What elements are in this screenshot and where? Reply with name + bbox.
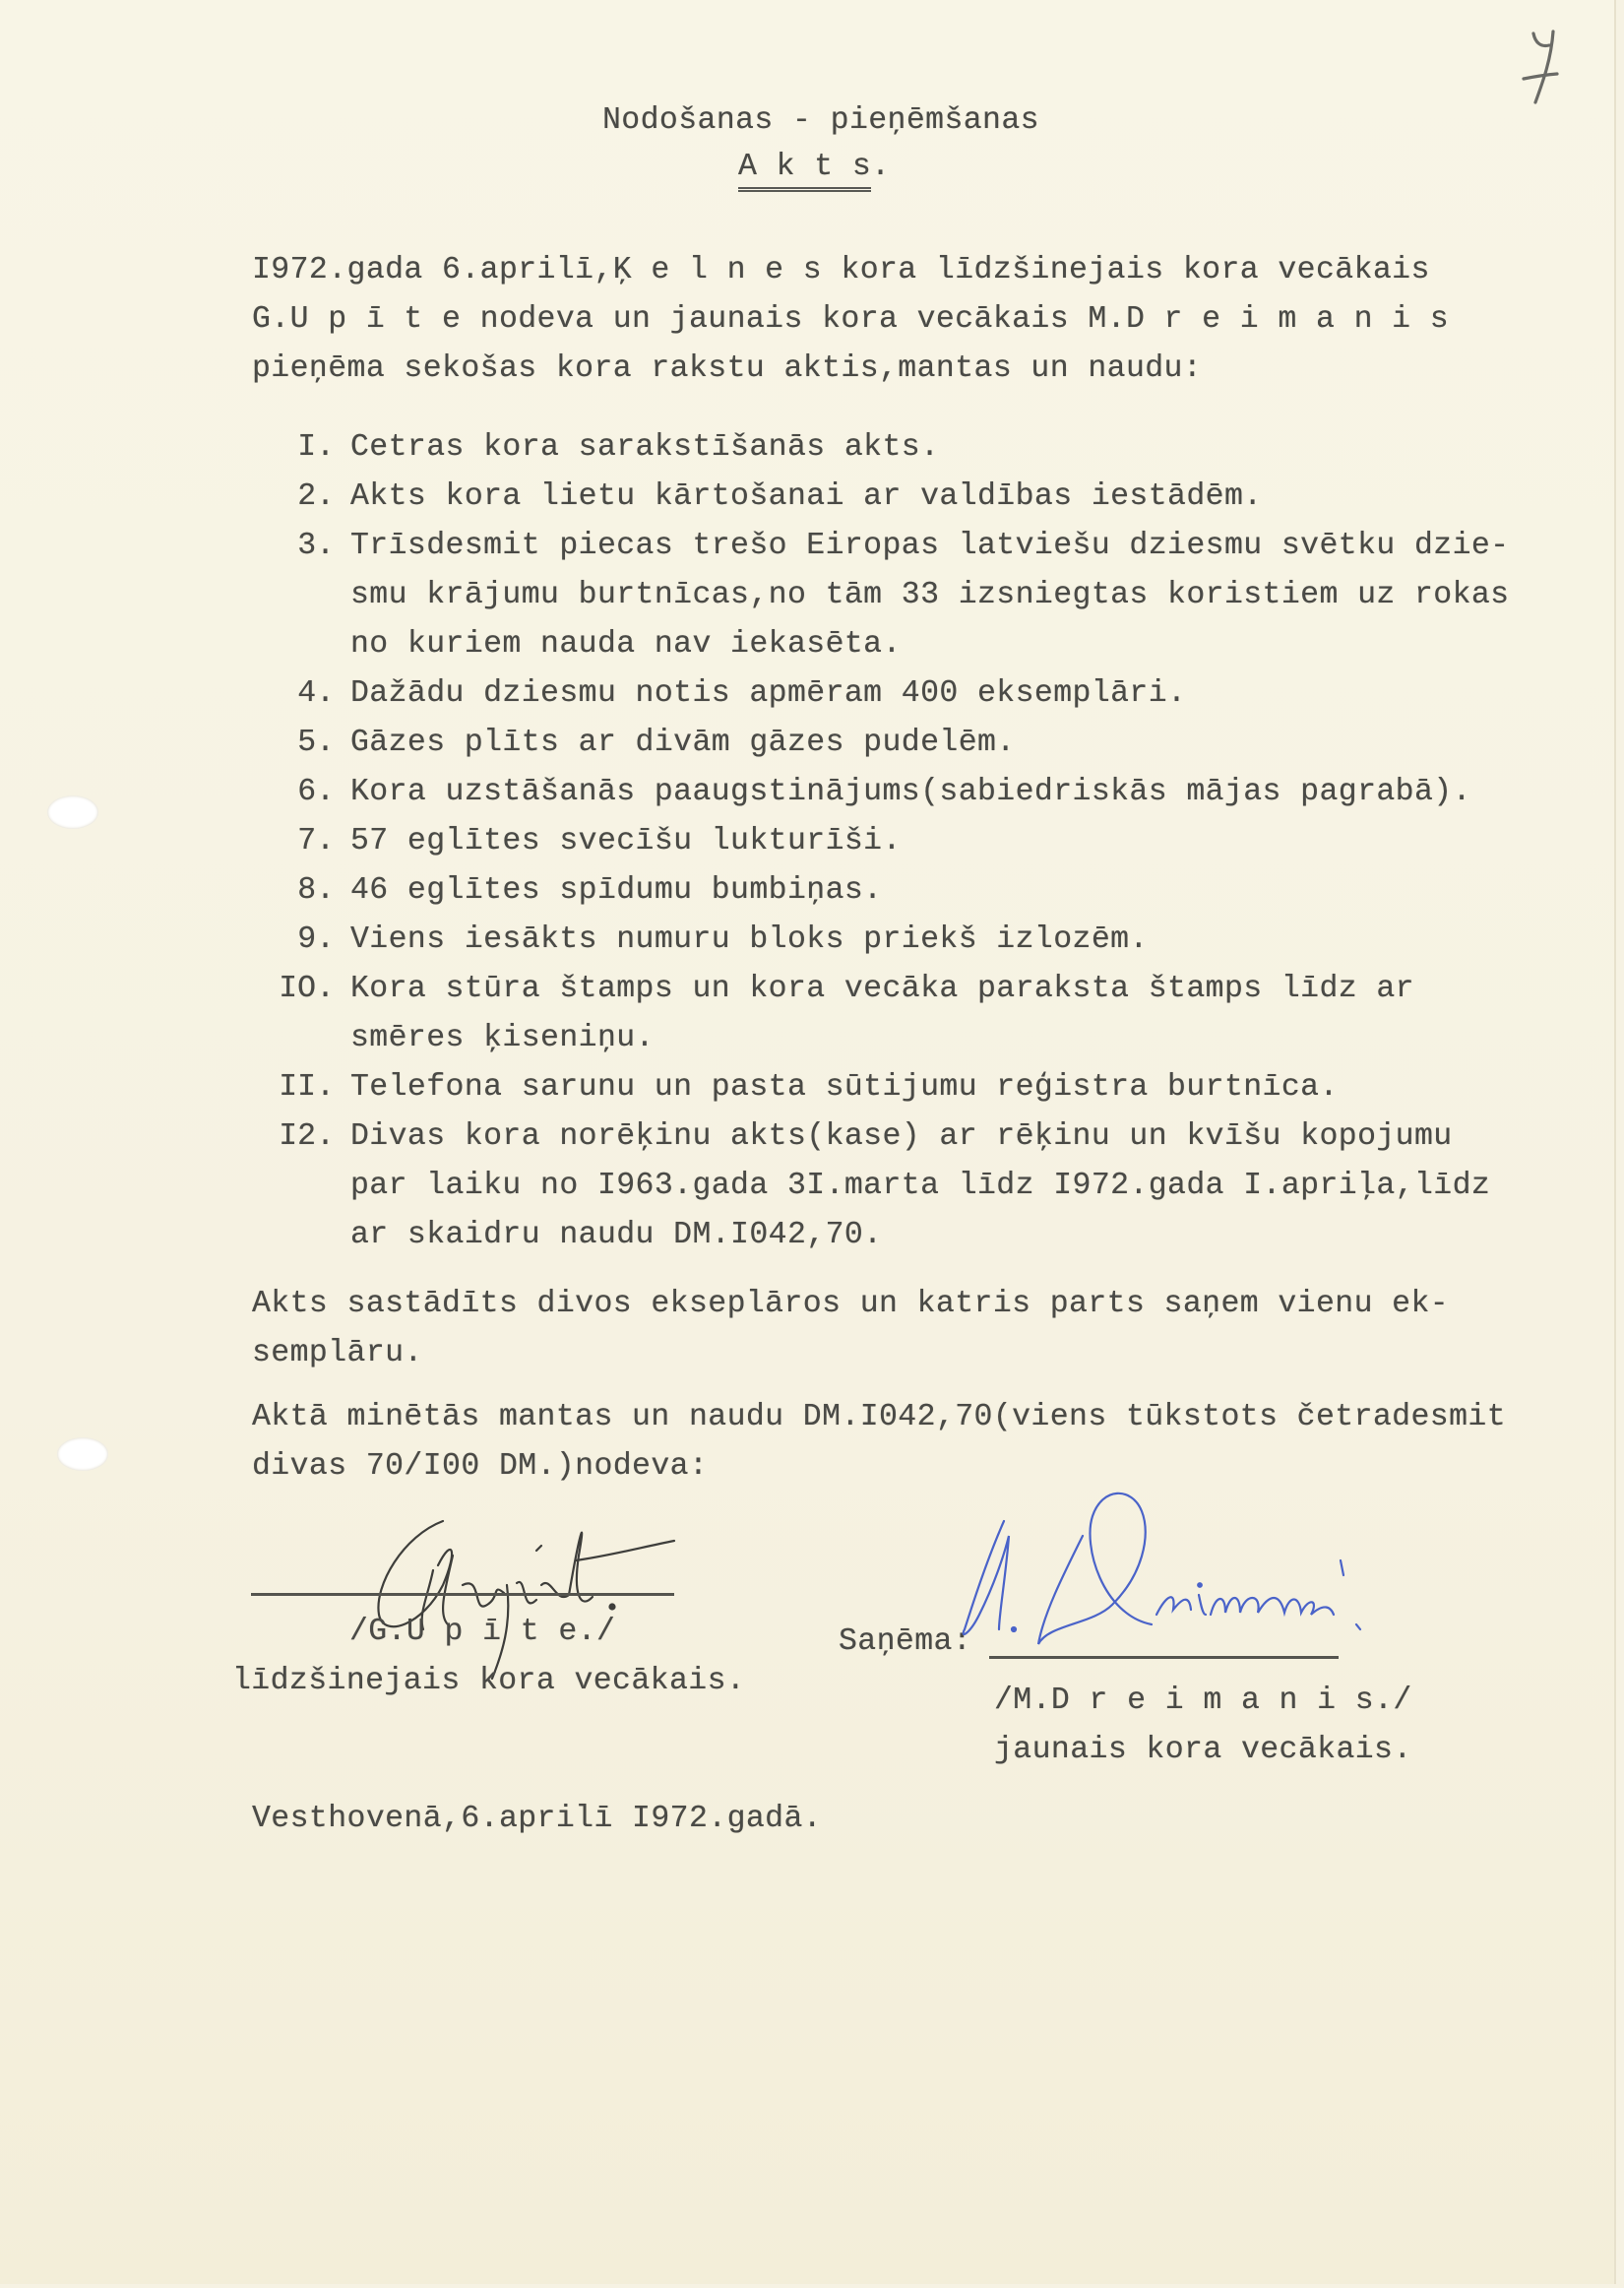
item-text: Kora stūra štamps un kora vecāka parakst… [350,970,1414,1009]
item-text: 57 eglītes svecīšu lukturīši. [350,822,902,861]
item-number: 6. [246,773,335,812]
closing-line: Akts sastādīts divos ekseplāros un katri… [252,1285,1449,1324]
giver-name: /G.U p ī t e./ [349,1613,615,1652]
item-text: ar skaidru naudu DM.I042,70. [350,1216,883,1255]
item-number: I2. [246,1117,335,1157]
item-text: par laiku no I963.gada 3I.marta līdz I97… [350,1167,1490,1206]
item-text: Gāzes plīts ar divām gāzes pudelēm. [350,724,1016,763]
document-title: Nodošanas - pieņēmšanas [602,101,1039,141]
punch-hole-top [47,795,98,829]
subtitle-period: . [871,150,890,184]
item-number: 8. [246,871,335,911]
item-number: 7. [246,822,335,861]
item-number: I. [246,428,335,468]
receiver-signature-line [989,1656,1339,1659]
intro-line: G.U p ī t e nodeva un jaunais kora vecāk… [252,300,1449,340]
item-text: 46 eglītes spīdumu bumbiņas. [350,871,883,911]
item-text: Telefona sarunu un pasta sūtijumu reģist… [350,1068,1339,1108]
handwritten-signature-dreimanis [945,1477,1535,1654]
item-text: Trīsdesmit piecas trešo Eiropas latviešu… [350,527,1510,566]
receiver-name: /M.D r e i m a n i s./ [994,1682,1412,1721]
handwritten-page-number [1516,20,1575,108]
item-text: Kora uzstāšanās paaugstinājums(sabiedris… [350,773,1471,812]
document-page: Nodošanas - pieņēmšanas A k t s. I972.ga… [0,0,1616,2284]
place-date: Vesthovenā,6.aprilī I972.gadā. [252,1800,822,1839]
closing-line: semplāru. [252,1334,423,1373]
item-text: Akts kora lietu kārtošanai ar valdības i… [350,477,1263,517]
item-number: 3. [246,527,335,566]
item-text: no kuriem nauda nav iekasēta. [350,625,902,665]
item-number: 2. [246,477,335,517]
item-text: smēres ķiseniņu. [350,1019,655,1058]
item-number: 4. [246,674,335,714]
giver-role: līdzšinejais kora vecākais. [232,1662,745,1701]
item-number: II. [246,1068,335,1108]
intro-line: pieņēma sekošas kora rakstu aktis,mantas… [252,350,1202,389]
item-text: smu krājumu burtnīcas,no tām 33 izsniegt… [350,576,1510,615]
punch-hole-bottom [57,1437,108,1471]
document-subtitle: A k t s. [738,148,890,187]
item-text: Divas kora norēķinu akts(kase) ar rēķinu… [350,1117,1453,1157]
item-number: 5. [246,724,335,763]
intro-line: I972.gada 6.aprilī,Ķ e l n e s kora līdz… [252,251,1430,290]
item-text: Cetras kora sarakstīšanās akts. [350,428,939,468]
item-number: IO. [246,970,335,1009]
item-number: 9. [246,921,335,960]
receiver-role: jaunais kora vecākais. [994,1731,1412,1770]
item-text: Dažādu dziesmu notis apmēram 400 eksempl… [350,674,1186,714]
subtitle-text: A k t s [738,150,871,192]
giver-signature-line [251,1593,674,1596]
item-text: Viens iesākts numuru bloks priekš izlozē… [350,921,1149,960]
closing-line: divas 70/I00 DM.)nodeva: [252,1447,708,1487]
closing-line: Aktā minētās mantas un naudu DM.I042,70(… [252,1398,1506,1437]
